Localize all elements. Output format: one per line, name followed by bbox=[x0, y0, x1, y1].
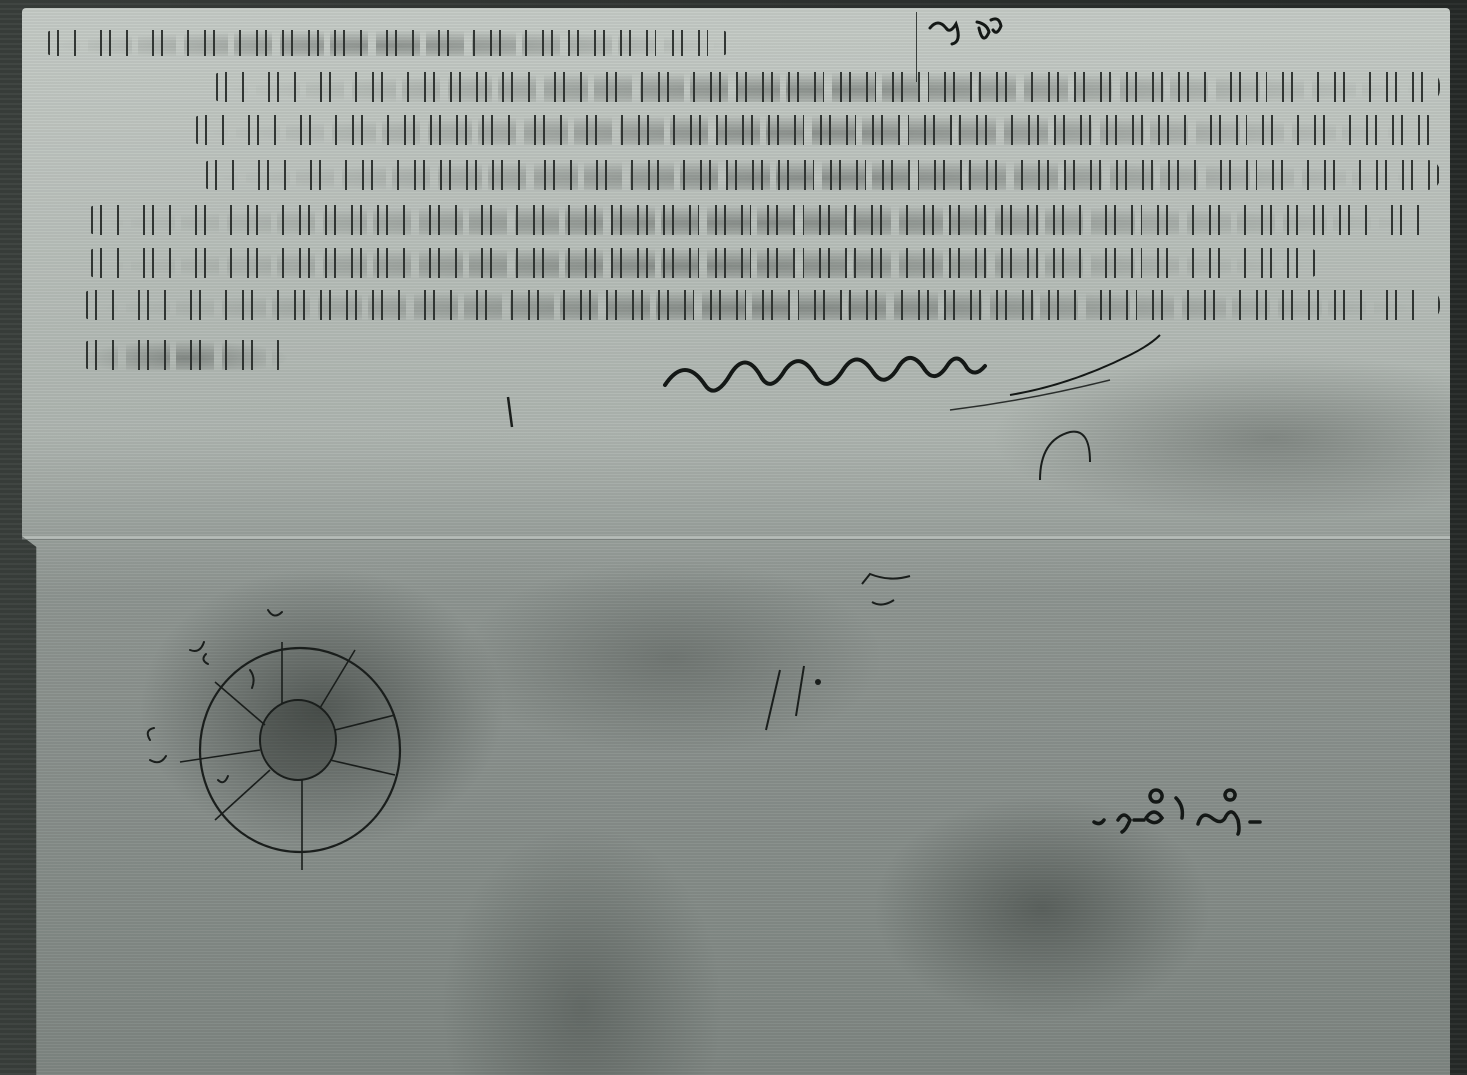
body-line-ink bbox=[80, 340, 290, 370]
body-line-ink bbox=[190, 115, 1440, 145]
body-line-ink bbox=[200, 160, 1440, 190]
body-line-ink bbox=[80, 290, 1440, 320]
circular-diagram: Hand-drawn circular diagram divided into… bbox=[120, 590, 440, 890]
marginal-note: [Burmese script] bbox=[925, 14, 1015, 50]
body-line bbox=[85, 205, 1440, 235]
stray-pen-marks bbox=[760, 660, 830, 740]
body-line bbox=[80, 290, 1440, 320]
fold-line bbox=[22, 536, 1450, 540]
stray-pen-marks bbox=[500, 395, 520, 435]
body-line bbox=[80, 340, 290, 370]
body-line bbox=[210, 72, 1440, 102]
body-line bbox=[190, 115, 1440, 145]
body-line bbox=[85, 248, 1320, 278]
stray-pen-marks bbox=[860, 570, 930, 630]
header-line bbox=[42, 30, 732, 56]
body-line-ink bbox=[85, 248, 1320, 278]
body-line bbox=[200, 160, 1440, 190]
date-notation: [Burmese numerals] bbox=[1090, 782, 1330, 842]
stray-pen-marks bbox=[1030, 420, 1100, 490]
body-line-ink bbox=[85, 205, 1440, 235]
header-line-ink bbox=[42, 30, 732, 56]
body-line-ink bbox=[210, 72, 1440, 102]
signature-line: [Burmese script] bbox=[650, 330, 1210, 440]
